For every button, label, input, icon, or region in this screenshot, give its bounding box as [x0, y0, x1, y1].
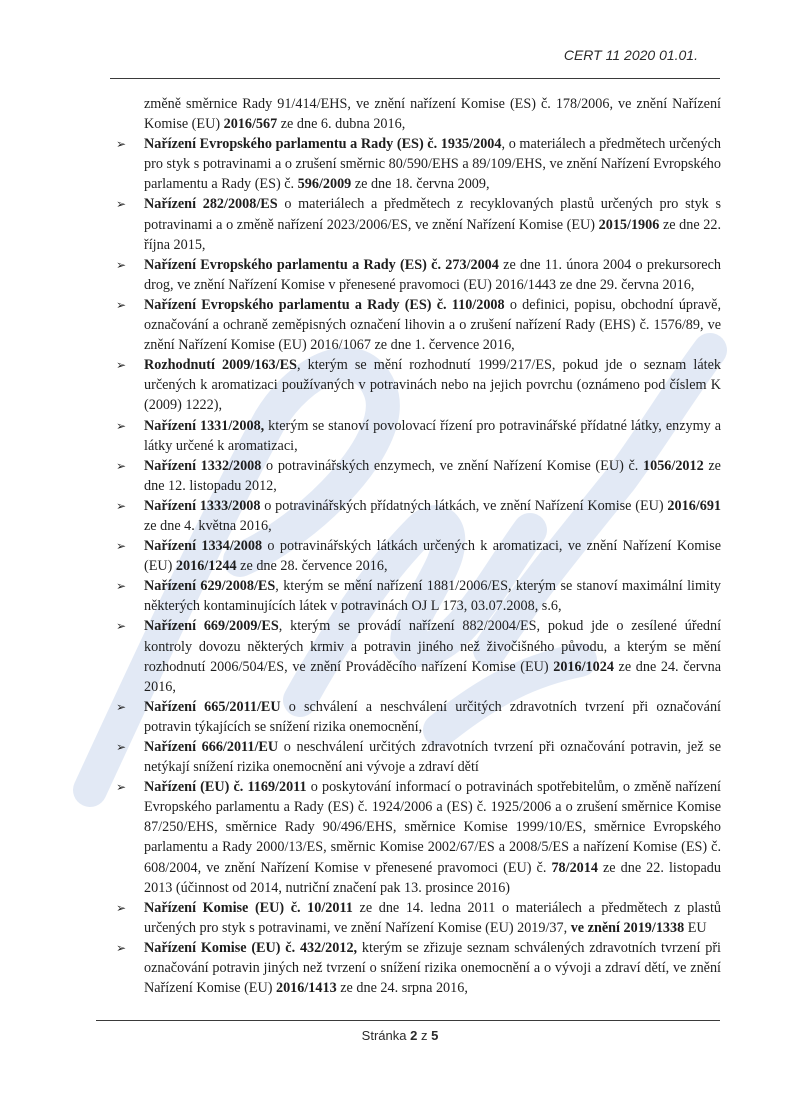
list-item: Nařízení 1334/2008 o potravinářských lát… — [144, 536, 721, 576]
bold-reference: 2016/1244 — [176, 558, 237, 574]
text-run: ze dne 4. května 2016, — [144, 518, 272, 534]
text-run: ze dne 24. srpna 2016, — [337, 980, 468, 996]
list-item: Nařízení Evropského parlamentu a Rady (E… — [144, 255, 721, 295]
bold-reference: 1056/2012 — [643, 458, 704, 474]
bold-reference: Nařízení 282/2008/ES — [144, 196, 278, 212]
list-item-continuation: změně směrnice Rady 91/414/EHS, ve znění… — [144, 94, 721, 134]
bold-reference: Nařízení 1332/2008 — [144, 458, 261, 474]
text-run: o potravinářských enzymech, ve znění Nař… — [261, 458, 643, 474]
bold-reference: Nařízení (EU) č. 1169/2011 — [144, 779, 307, 795]
list-item: Nařízení 1332/2008 o potravinářských enz… — [144, 456, 721, 496]
bold-reference: Nařízení Evropského parlamentu a Rady (E… — [144, 136, 502, 152]
page-number: Stránka 2 z 5 — [0, 1028, 800, 1043]
list-item: Nařízení Komise (EU) č. 10/2011 ze dne 1… — [144, 898, 721, 938]
list-item: Nařízení Evropského parlamentu a Rady (E… — [144, 295, 721, 355]
list-item: Rozhodnutí 2009/163/ES, kterým se mění r… — [144, 355, 721, 415]
bold-reference: Nařízení 629/2008/ES — [144, 578, 275, 594]
list-item: Nařízení 669/2009/ES, kterým se provádí … — [144, 616, 721, 696]
footer-divider — [96, 1020, 720, 1021]
text-run: ze dne 6. dubna 2016, — [277, 116, 405, 132]
bold-reference: Nařízení 1331/2008, — [144, 418, 264, 434]
regulation-list: změně směrnice Rady 91/414/EHS, ve znění… — [144, 94, 721, 998]
bold-reference: 2016/691 — [667, 498, 721, 514]
text-run: EU — [684, 920, 706, 936]
text-run: ze dne 28. července 2016, — [237, 558, 388, 574]
list-item: Nařízení 665/2011/EU o schválení a nesch… — [144, 697, 721, 737]
page-separator: z — [421, 1028, 428, 1043]
text-run: o potravinářských přídatných látkách, ve… — [260, 498, 667, 514]
text-run: ze dne 18. června 2009, — [351, 176, 489, 192]
header-divider — [110, 78, 720, 79]
list-item: Nařízení (EU) č. 1169/2011 o poskytování… — [144, 777, 721, 898]
page-current: 2 — [410, 1028, 417, 1043]
list-item: Nařízení 1331/2008, kterým se stanoví po… — [144, 416, 721, 456]
bold-reference: Nařízení Komise (EU) č. 10/2011 — [144, 900, 353, 916]
list-item: Nařízení Evropského parlamentu a Rady (E… — [144, 134, 721, 194]
bold-reference: Nařízení 1333/2008 — [144, 498, 260, 514]
list-item: Nařízení 629/2008/ES, kterým se mění nař… — [144, 576, 721, 616]
list-item: Nařízení 666/2011/EU o neschválení určit… — [144, 737, 721, 777]
document-reference: CERT 11 2020 01.01. — [564, 47, 698, 63]
bold-reference: Nařízení Evropského parlamentu a Rady (E… — [144, 297, 505, 313]
bold-reference: 78/2014 — [551, 860, 598, 876]
bold-reference: Nařízení 1334/2008 — [144, 538, 262, 554]
bold-reference: 596/2009 — [298, 176, 352, 192]
bold-reference: Nařízení 665/2011/EU — [144, 699, 281, 715]
bold-reference: 2016/1413 — [276, 980, 337, 996]
bold-reference: Nařízení 666/2011/EU — [144, 739, 278, 755]
page-prefix: Stránka — [362, 1028, 407, 1043]
list-item: Nařízení 1333/2008 o potravinářských pří… — [144, 496, 721, 536]
page-total: 5 — [431, 1028, 438, 1043]
bold-reference: Nařízení Komise (EU) č. 432/2012, — [144, 940, 357, 956]
list-item: Nařízení 282/2008/ES o materiálech a pře… — [144, 194, 721, 254]
bold-reference: 2016/1024 — [553, 659, 614, 675]
list-item: Nařízení Komise (EU) č. 432/2012, kterým… — [144, 938, 721, 998]
bold-reference: Rozhodnutí 2009/163/ES — [144, 357, 297, 373]
bold-reference: Nařízení Evropského parlamentu a Rady (E… — [144, 257, 499, 273]
bold-reference: 2015/1906 — [599, 217, 660, 233]
bold-reference: 2016/567 — [224, 116, 278, 132]
bold-reference: Nařízení 669/2009/ES — [144, 618, 279, 634]
bold-reference: ve znění 2019/1338 — [571, 920, 685, 936]
